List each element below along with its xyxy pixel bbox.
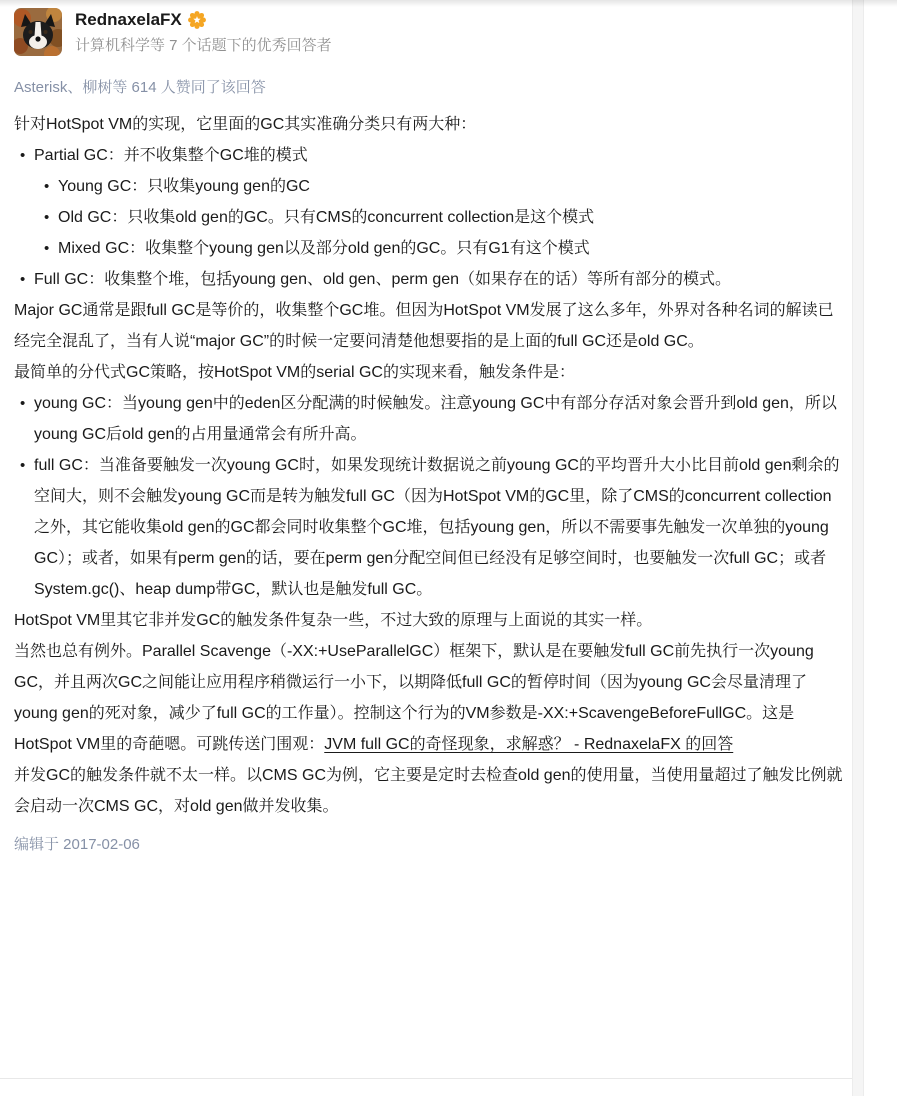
list-item-partial-gc: Partial GC：并不收集整个GC堆的模式 Young GC：只收集youn… <box>20 140 845 264</box>
paragraph-other-gc: HotSpot VM里其它非并发GC的触发条件复杂一些，不过大致的原理与上面说的… <box>14 605 845 822</box>
list-item-young-gc: Young GC：只收集young gen的GC <box>44 171 845 202</box>
list-item-mixed-gc: Mixed GC：收集整个young gen以及部分old gen的GC。只有G… <box>44 233 845 264</box>
answer-card: RednaxelaFX <box>0 0 897 1096</box>
gc-types-list: Partial GC：并不收集整个GC堆的模式 Young GC：只收集youn… <box>14 140 845 295</box>
answer-body: 针对HotSpot VM的实现，它里面的GC其实准确分类只有两大种： Parti… <box>14 109 845 822</box>
answer-content: RednaxelaFX <box>14 8 845 855</box>
scrollbar-track[interactable] <box>852 0 864 1096</box>
list-item-full-gc: Full GC：收集整个堆，包括young gen、old gen、perm g… <box>20 264 845 295</box>
concurrent-gc-text: 并发GC的触发条件就不太一样。以CMS GC为例，它主要是定时去检查old ge… <box>14 767 843 815</box>
bottom-divider <box>0 1078 863 1079</box>
partial-gc-sublist: Young GC：只收集young gen的GC Old GC：只收集old g… <box>34 171 845 264</box>
list-item-label: Partial GC：并不收集整个GC堆的模式 <box>34 147 308 164</box>
paragraph-major-gc: Major GC通常是跟full GC是等价的，收集整个GC堆。但因为HotSp… <box>14 295 845 357</box>
paragraph-intro: 针对HotSpot VM的实现，它里面的GC其实准确分类只有两大种： <box>14 109 845 140</box>
other-gc-line: HotSpot VM里其它非并发GC的触发条件复杂一些，不过大致的原理与上面说的… <box>14 612 652 629</box>
author-name[interactable]: RednaxelaFX <box>75 9 182 31</box>
paragraph-serial-gc-intro: 最简单的分代式GC策略，按HotSpot VM的serial GC的实现来看，触… <box>14 357 845 388</box>
star-seal-badge-icon <box>188 11 206 29</box>
top-header-shadow <box>0 0 897 7</box>
list-item-young-gc-trigger: young GC：当young gen中的eden区分配满的时候触发。注意you… <box>20 388 845 450</box>
avatar-dog-image <box>14 8 62 56</box>
edited-timestamp: 编辑于 2017-02-06 <box>14 835 845 855</box>
author-header: RednaxelaFX <box>14 8 845 56</box>
avatar[interactable] <box>14 8 62 56</box>
gc-trigger-list: young GC：当young gen中的eden区分配满的时候触发。注意you… <box>14 388 845 605</box>
list-item-old-gc: Old GC：只收集old gen的GC。只有CMS的concurrent co… <box>44 202 845 233</box>
upvote-summary[interactable]: Asterisk、柳树等 614 人赞同了该回答 <box>14 78 845 98</box>
author-badge-subtitle: 计算机科学等 7 个话题下的优秀回答者 <box>75 36 332 56</box>
jvm-full-gc-answer-link[interactable]: JVM full GC的奇怪现象，求解惑？ - RednaxelaFX 的回答 <box>324 736 733 753</box>
author-meta: RednaxelaFX <box>75 8 332 56</box>
list-item-full-gc-trigger: full GC：当准备要触发一次young GC时，如果发现统计数据说之前you… <box>20 450 845 605</box>
